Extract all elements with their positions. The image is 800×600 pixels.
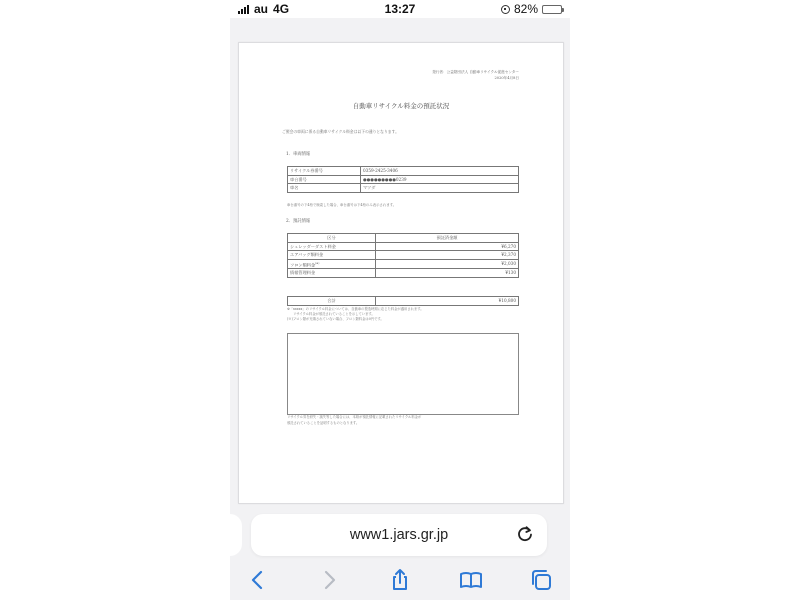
total-table: 合計 ¥10,800	[287, 296, 519, 306]
fee-label-text: フロン類料金	[290, 262, 315, 267]
total-row: 合計 ¥10,800	[288, 297, 519, 306]
fee-row: 情報管理料金 ¥130	[288, 269, 519, 278]
share-icon[interactable]	[388, 568, 412, 592]
issuer-block: 発行者：公益財団法人 自動車リサイクル促進センター 2020年4月8日	[432, 69, 519, 81]
vehicle-row: 車名 マツダ	[288, 184, 519, 193]
bottom-note-line: 預託されていることを証明するものとなります。	[287, 421, 421, 427]
back-icon[interactable]	[246, 568, 270, 592]
fee-value: ¥2,370	[376, 251, 519, 260]
fee-label-note: (※)	[315, 262, 319, 265]
footnote: (※)フロン類が充填されていない場合、フロン類料金は0円です。	[287, 317, 424, 322]
fee-label: シュレッダーダスト料金	[288, 242, 376, 251]
deposit-fee-table: 区分 預託済金額シュレッダーダスト料金 ¥6,270エアバッグ類料金 ¥2,37…	[287, 233, 519, 278]
footnotes: ※「xxxxx」のリサイクル料金については、自動車の製造時期に応じた料金が適用さ…	[287, 307, 424, 322]
vehicle-row: 車台番号 ●●●●●●●●●0239	[288, 175, 519, 184]
status-bar: au 4G 13:27 82%	[230, 0, 570, 18]
tabs-icon[interactable]	[529, 568, 553, 592]
bottom-note-line: リサイクル券を紛失・滅失等した場合には、本紙が預託情報に記載されたリサイクル料金…	[287, 415, 421, 421]
battery-icon	[542, 5, 562, 14]
vehicle-label: リサイクル券番号	[288, 167, 361, 176]
fee-value: ¥2,030	[376, 259, 519, 268]
fee-label: エアバッグ類料金	[288, 251, 376, 260]
fee-table-header: 区分 預託済金額	[288, 234, 519, 243]
vehicle-value: 0359-2425-3406	[361, 167, 519, 176]
pdf-page[interactable]: 発行者：公益財団法人 自動車リサイクル促進センター 2020年4月8日 自動車リ…	[238, 42, 564, 504]
section-vehicle-heading: 1．車両情報	[286, 151, 310, 157]
total-label: 合計	[288, 297, 376, 306]
vehicle-value: マツダ	[361, 184, 519, 193]
issue-date: 2020年4月8日	[432, 75, 519, 81]
fee-label-text: エアバッグ類料金	[290, 252, 323, 257]
fee-value: ¥6,270	[376, 242, 519, 251]
vehicle-label: 車名	[288, 184, 361, 193]
battery-percent: 82%	[514, 2, 538, 16]
section-deposit-heading: 2．預託情報	[286, 218, 310, 224]
vehicle-label: 車台番号	[288, 175, 361, 184]
header-amount: 預託済金額	[376, 234, 519, 243]
intro-text: ご照会の車両に係る自動車リサイクル料金は以下の通りとなります。	[282, 129, 399, 135]
fee-row: エアバッグ類料金 ¥2,370	[288, 251, 519, 260]
address-bar[interactable]: www1.jars.gr.jp	[251, 514, 547, 556]
vehicle-row: リサイクル券番号 0359-2425-3406	[288, 167, 519, 176]
fee-label: フロン類料金(※)	[288, 259, 376, 268]
header-category: 区分	[288, 234, 376, 243]
browser-toolbar	[230, 562, 570, 600]
blank-remarks-box	[287, 333, 519, 415]
fee-row: フロン類料金(※) ¥2,030	[288, 259, 519, 268]
total-value: ¥10,800	[376, 297, 519, 306]
previous-tab-preview[interactable]	[230, 514, 242, 556]
url-text[interactable]: www1.jars.gr.jp	[251, 527, 547, 543]
rotation-lock-icon	[501, 5, 510, 14]
document-title: 自動車リサイクル料金の預託状況	[239, 101, 563, 110]
bottom-note: リサイクル券を紛失・滅失等した場合には、本紙が預託情報に記載されたリサイクル料金…	[287, 415, 421, 426]
fee-row: シュレッダーダスト料金 ¥6,270	[288, 242, 519, 251]
reload-icon[interactable]	[515, 524, 535, 544]
bookmarks-icon[interactable]	[459, 568, 483, 592]
vehicle-info-table: リサイクル券番号 0359-2425-3406車台番号 ●●●●●●●●●023…	[287, 166, 519, 193]
fee-value: ¥130	[376, 269, 519, 278]
fee-label-text: 情報管理料金	[290, 270, 315, 275]
fee-label: 情報管理料金	[288, 269, 376, 278]
vehicle-value: ●●●●●●●●●0239	[361, 175, 519, 184]
vehicle-note: 車台番号の下4桁で検索した場合、車台番号は下4桁のみ表示されます。	[287, 202, 396, 207]
forward-icon[interactable]	[317, 568, 341, 592]
phone-screen: au 4G 13:27 82% 発行者：公益財団法人 自動車リサイクル促進センタ…	[230, 0, 570, 600]
fee-label-text: シュレッダーダスト料金	[290, 244, 336, 249]
